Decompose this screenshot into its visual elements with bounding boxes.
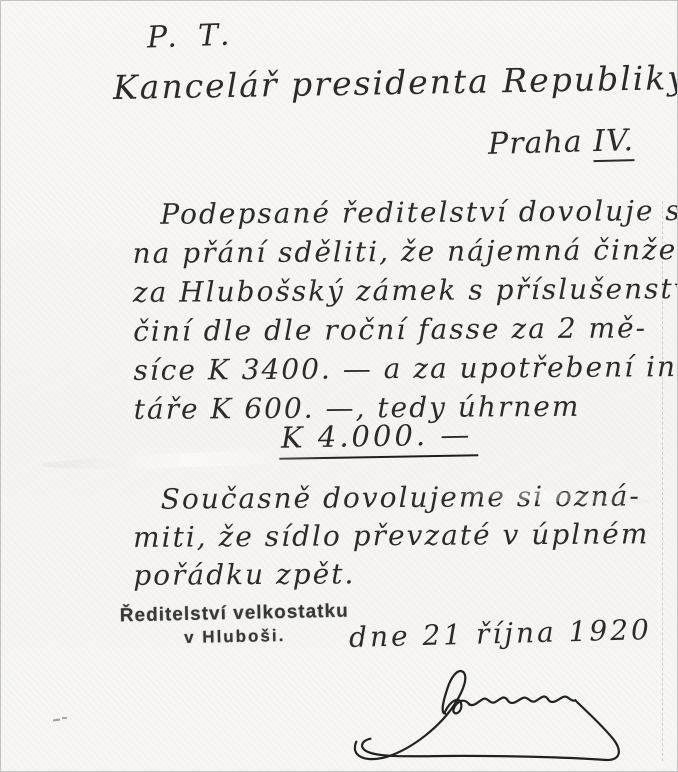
stamp-line-1: Ředitelství velkostatku — [117, 601, 352, 628]
paragraph1-line: Podepsané ředitelství dovoluje si — [132, 191, 677, 234]
paragraph1-line: činí dle dle roční fasse za 2 mě- — [133, 308, 678, 351]
paragraph2-line: miti, že sídlo převzaté v úplném — [133, 515, 678, 557]
office-stamp: Ředitelství velkostatku v Hluboši. — [117, 601, 353, 650]
date-line: dne 21 října 1920 — [349, 613, 653, 654]
body-paragraph-1: Podepsané ředitelství dovoluje si na přá… — [132, 191, 678, 429]
paragraph1-line: síce K 3400. — a za upotřebení inven- — [133, 347, 678, 390]
paragraph1-line: za Hlubošský zámek s příslušenstvím — [133, 269, 678, 312]
ink-smudge — [53, 717, 67, 722]
addressee-line: Kancelář presidenta Republiky — [113, 58, 678, 107]
paragraph2-line: pořádku zpět. — [133, 553, 678, 595]
stamp-line-2: v Hluboši. — [117, 625, 352, 650]
paragraph1-line: na přání sděliti, že nájemná činže — [132, 230, 677, 273]
salutation: P. T. — [146, 17, 235, 55]
signature-flourish-icon — [339, 663, 629, 769]
scanned-letter-page: P. T. Kancelář presidenta Republiky Prah… — [0, 0, 678, 772]
scan-edge-artifacts — [662, 201, 663, 761]
paper-crease — [41, 448, 341, 472]
place-line: Praha IV. — [488, 123, 635, 162]
place-name: Praha — [488, 124, 584, 161]
handwritten-signature — [339, 663, 629, 769]
place-district: IV. — [593, 123, 635, 162]
